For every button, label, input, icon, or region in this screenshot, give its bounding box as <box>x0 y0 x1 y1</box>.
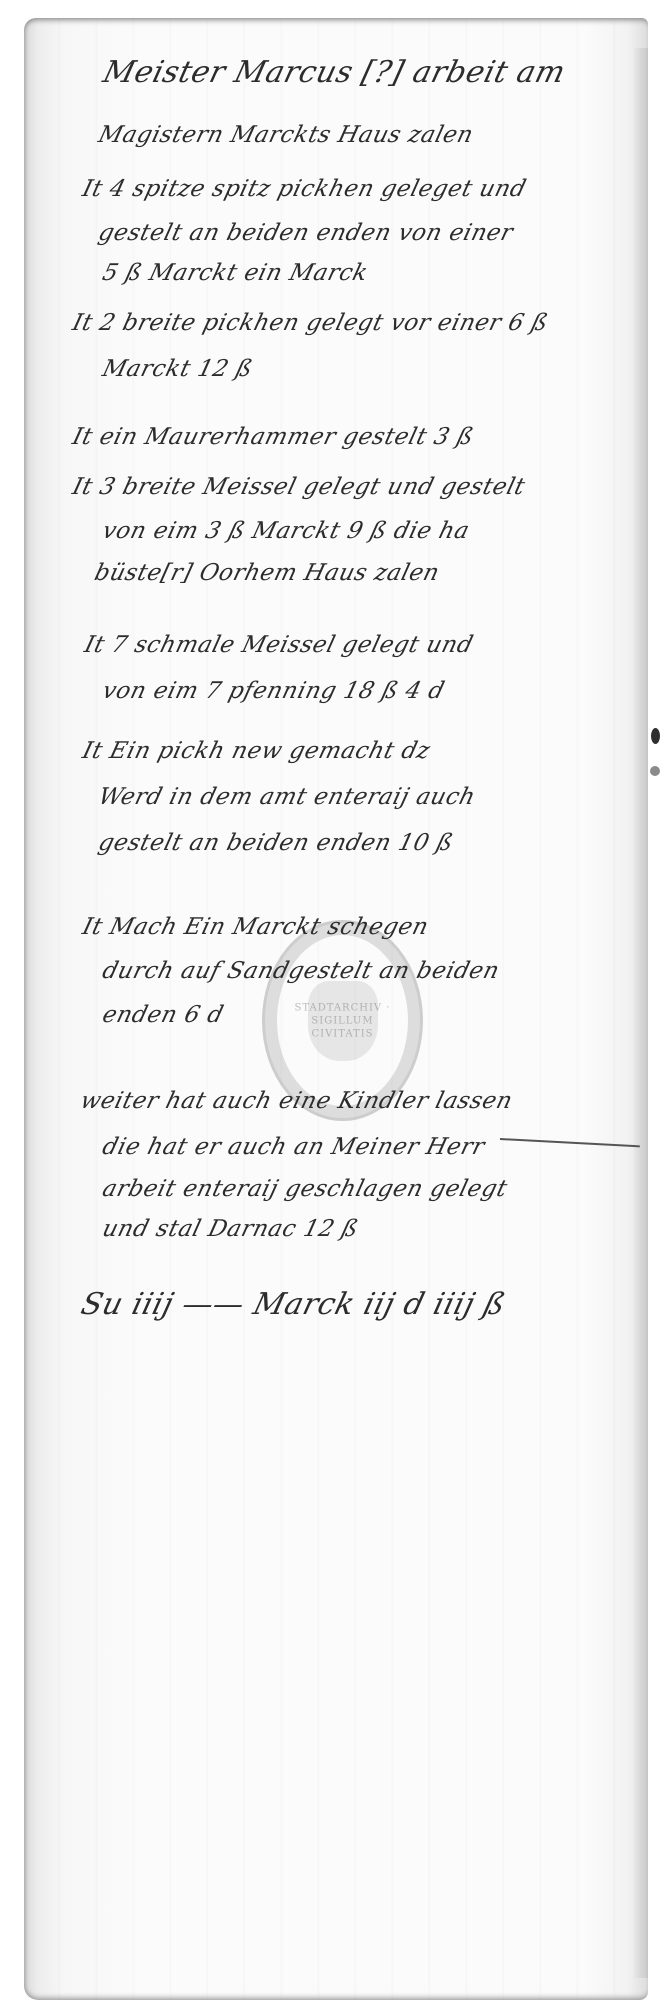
manuscript-line-16: gestelt an beiden enden 10 ß <box>96 832 455 855</box>
manuscript-line-23: und stal Darnac 12 ß <box>100 1218 361 1241</box>
manuscript-line-4: gestelt an beiden enden von einer <box>96 222 515 245</box>
ink-blot-mark <box>651 728 660 744</box>
manuscript-line-10: von eim 3 ß Marckt 9 ß die ha <box>100 520 472 543</box>
manuscript-line-14: It Ein pickh new gemacht dz <box>80 740 433 763</box>
seal-ring-text: STADTARCHIV · SIGILLUM CIVITATIS <box>283 1001 403 1040</box>
manuscript-line-8: It ein Maurerhammer gestelt 3 ß <box>70 426 476 449</box>
manuscript-line-13: von eim 7 pfenning 18 ß 4 d <box>100 680 447 703</box>
manuscript-summa-line: Su iiij —— Marck iij d iiij ß <box>78 1290 508 1320</box>
manuscript-line-2: Magistern Marckts Haus zalen <box>96 124 476 147</box>
manuscript-line-3: It 4 spitze spitz pickhen geleget und <box>80 178 529 201</box>
manuscript-line-17: It Mach Ein Marckt schegen <box>80 916 431 939</box>
manuscript-line-9: It 3 breite Meissel gelegt und gestelt <box>70 476 527 499</box>
manuscript-line-18: durch auf Sandgestelt an beiden <box>100 960 502 983</box>
manuscript-line-22: arbeit enteraij geschlagen gelegt <box>100 1178 510 1201</box>
manuscript-line-11: büste[r] Oorhem Haus zalen <box>92 562 442 585</box>
manuscript-line-7: Marckt 12 ß <box>100 358 255 381</box>
manuscript-scan: STADTARCHIV · SIGILLUM CIVITATIS Meister… <box>0 0 670 2016</box>
paper-edge-shadow <box>634 48 648 1978</box>
manuscript-line-19: enden 6 d <box>100 1004 226 1027</box>
manuscript-line-21: die hat er auch an Meiner Herr <box>100 1136 487 1159</box>
manuscript-line-5: 5 ß Marckt ein Marck <box>100 262 370 285</box>
manuscript-line-1: Meister Marcus [?] arbeit am <box>100 58 568 88</box>
faint-margin-mark <box>650 766 660 776</box>
manuscript-line-12: It 7 schmale Meissel gelegt und <box>82 634 475 657</box>
manuscript-line-15: Werd in dem amt enteraij auch <box>96 786 478 809</box>
manuscript-line-20: weiter hat auch eine Kindler lassen <box>78 1090 515 1113</box>
manuscript-line-6: It 2 breite pickhen gelegt vor einer 6 ß <box>70 312 550 335</box>
